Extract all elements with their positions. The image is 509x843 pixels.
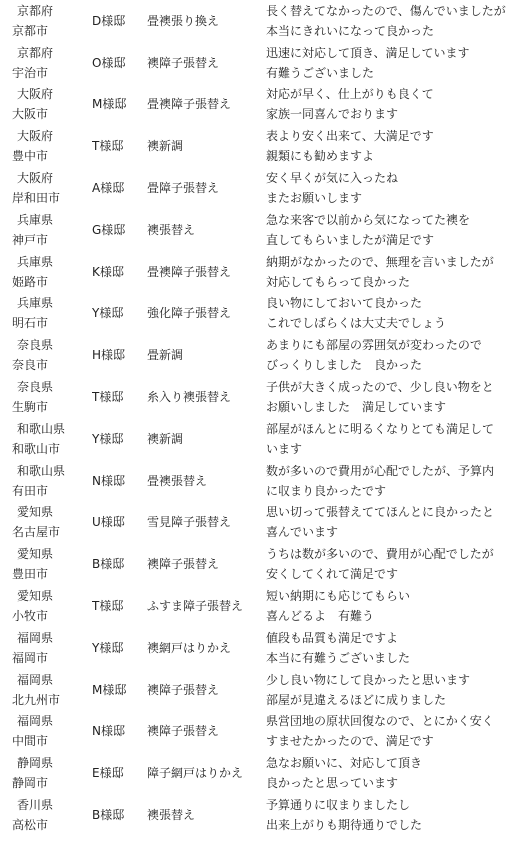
- comment-cell: 急なお願いに、対応して頂き 良かったと思っています: [262, 752, 509, 794]
- prefecture: 和歌山県: [12, 419, 92, 439]
- review-row: 大阪府 豊中市 T様邸 襖新調 表より安く出来て、大満足です 親類にも勧めますよ: [0, 125, 509, 167]
- prefecture: 香川県: [12, 795, 92, 815]
- work-type: 襖障子張替え: [147, 543, 262, 585]
- comment-cell: 数が多いので費用が心配でしたが、予算内 に収まり良かったです: [262, 460, 509, 502]
- location-cell: 福岡県 中間市: [0, 711, 92, 753]
- customer-name: N様邸: [92, 460, 147, 502]
- work-type: 襖張替え: [147, 209, 262, 251]
- city: 奈良市: [12, 355, 92, 375]
- location-cell: 香川県 高松市: [0, 794, 92, 836]
- work-type: 畳障子張替え: [147, 167, 262, 209]
- comment-cell: あまりにも部屋の雰囲気が変わったので びっくりしました 良かった: [262, 334, 509, 376]
- comment-line-1: 安く早くが気に入ったね: [266, 168, 509, 188]
- comment-cell: 思い切って張替えててほんとに良かったと 喜んでいます: [262, 502, 509, 544]
- work-type: 襖張替え: [147, 794, 262, 836]
- comment-line-2: お願いしました 満足しています: [266, 397, 509, 417]
- review-row: 京都府 宇治市 O様邸 襖障子張替え 迅速に対応して頂き、満足しています 有難う…: [0, 42, 509, 84]
- customer-name: Y様邸: [92, 418, 147, 460]
- comment-line-2: に収まり良かったです: [266, 481, 509, 501]
- customer-name: K様邸: [92, 251, 147, 293]
- comment-line-1: 短い納期にも応じてもらい: [266, 586, 509, 606]
- prefecture: 福岡県: [12, 628, 92, 648]
- prefecture: 大阪府: [12, 168, 92, 188]
- comment-line-1: 県営団地の原状回復なので、とにかく安く: [266, 711, 509, 731]
- review-row: 奈良県 生駒市 T様邸 糸入り襖張替え 子供が大きく成ったので、少し良い物をと …: [0, 376, 509, 418]
- prefecture: 福岡県: [12, 711, 92, 731]
- location-cell: 兵庫県 姫路市: [0, 251, 92, 293]
- city: 中間市: [12, 731, 92, 751]
- comment-line-2: 部屋が見違えるほどに成りました: [266, 690, 509, 710]
- comment-line-2: 有難うございました: [266, 63, 509, 83]
- prefecture: 兵庫県: [12, 252, 92, 272]
- customer-name: T様邸: [92, 376, 147, 418]
- customer-name: Y様邸: [92, 627, 147, 669]
- work-type: 畳襖張り換え: [147, 0, 262, 42]
- review-row: 兵庫県 姫路市 K様邸 畳襖障子張替え 納期がなかったので、無理を言いましたが …: [0, 251, 509, 293]
- review-row: 京都府 京都市 D様邸 畳襖張り換え 長く替えてなかったので、傷んでいましたが …: [0, 0, 509, 42]
- comment-cell: 急な来客で以前から気になってた襖を 直してもらいましたが満足です: [262, 209, 509, 251]
- prefecture: 京都府: [12, 43, 92, 63]
- location-cell: 愛知県 豊田市: [0, 543, 92, 585]
- location-cell: 大阪府 大阪市: [0, 84, 92, 126]
- comment-line-2: います: [266, 439, 509, 459]
- work-type: 襖新調: [147, 418, 262, 460]
- prefecture: 奈良県: [12, 377, 92, 397]
- review-row: 和歌山県 有田市 N様邸 畳襖張替え 数が多いので費用が心配でしたが、予算内 に…: [0, 460, 509, 502]
- location-cell: 福岡県 福岡市: [0, 627, 92, 669]
- location-cell: 和歌山県 有田市: [0, 460, 92, 502]
- comment-line-1: 急な来客で以前から気になってた襖を: [266, 210, 509, 230]
- customer-name: B様邸: [92, 543, 147, 585]
- comment-line-1: 表より安く出来て、大満足です: [266, 126, 509, 146]
- city: 岸和田市: [12, 188, 92, 208]
- comment-line-2: 本当に有難うございました: [266, 648, 509, 668]
- city: 小牧市: [12, 606, 92, 626]
- comment-line-1: 長く替えてなかったので、傷んでいましたが: [266, 1, 509, 21]
- city: 静岡市: [12, 773, 92, 793]
- comment-line-2: 対応してもらって良かった: [266, 272, 509, 292]
- customer-name: O様邸: [92, 42, 147, 84]
- location-cell: 大阪府 岸和田市: [0, 167, 92, 209]
- comment-line-2: 喜んどるよ 有難う: [266, 606, 509, 626]
- comment-line-2: 家族一同喜んでおります: [266, 104, 509, 124]
- prefecture: 兵庫県: [12, 210, 92, 230]
- city: 宇治市: [12, 63, 92, 83]
- work-type: 畳襖障子張替え: [147, 84, 262, 126]
- prefecture: 愛知県: [12, 502, 92, 522]
- work-type: 襖新調: [147, 125, 262, 167]
- comment-cell: 値段も品質も満足ですよ 本当に有難うございました: [262, 627, 509, 669]
- comment-line-2: これでしばらくは大丈夫でしょう: [266, 313, 509, 333]
- review-row: 奈良県 奈良市 H様邸 畳新調 あまりにも部屋の雰囲気が変わったので びっくりし…: [0, 334, 509, 376]
- comment-cell: 子供が大きく成ったので、少し良い物をと お願いしました 満足しています: [262, 376, 509, 418]
- comment-cell: 迅速に対応して頂き、満足しています 有難うございました: [262, 42, 509, 84]
- work-type: 障子網戸はりかえ: [147, 752, 262, 794]
- location-cell: 奈良県 奈良市: [0, 334, 92, 376]
- review-row: 静岡県 静岡市 E様邸 障子網戸はりかえ 急なお願いに、対応して頂き 良かったと…: [0, 752, 509, 794]
- comment-line-2: 直してもらいましたが満足です: [266, 230, 509, 250]
- comment-cell: うちは数が多いので、費用が心配でしたが 安くしてくれて満足です: [262, 543, 509, 585]
- review-row: 愛知県 小牧市 T様邸 ふすま障子張替え 短い納期にも応じてもらい 喜んどるよ …: [0, 585, 509, 627]
- location-cell: 愛知県 小牧市: [0, 585, 92, 627]
- review-row: 兵庫県 神戸市 G様邸 襖張替え 急な来客で以前から気になってた襖を 直してもら…: [0, 209, 509, 251]
- comment-line-2: 出来上がりも期待通りでした: [266, 815, 509, 835]
- comment-line-2: すませたかったので、満足です: [266, 731, 509, 751]
- city: 名古屋市: [12, 522, 92, 542]
- comment-cell: 予算通りに収まりましたし 出来上がりも期待通りでした: [262, 794, 509, 836]
- prefecture: 和歌山県: [12, 461, 92, 481]
- customer-name: B様邸: [92, 794, 147, 836]
- work-type: 雪見障子張替え: [147, 502, 262, 544]
- work-type: 畳襖障子張替え: [147, 251, 262, 293]
- review-row: 和歌山県 和歌山市 Y様邸 襖新調 部屋がほんとに明るくなりとても満足して いま…: [0, 418, 509, 460]
- work-type: 襖網戸はりかえ: [147, 627, 262, 669]
- review-row: 香川県 高松市 B様邸 襖張替え 予算通りに収まりましたし 出来上がりも期待通り…: [0, 794, 509, 836]
- review-row: 愛知県 名古屋市 U様邸 雪見障子張替え 思い切って張替えててほんとに良かったと…: [0, 502, 509, 544]
- comment-cell: 短い納期にも応じてもらい 喜んどるよ 有難う: [262, 585, 509, 627]
- comment-line-1: 思い切って張替えててほんとに良かったと: [266, 502, 509, 522]
- review-row: 福岡県 福岡市 Y様邸 襖網戸はりかえ 値段も品質も満足ですよ 本当に有難うござ…: [0, 627, 509, 669]
- comment-cell: 部屋がほんとに明るくなりとても満足して います: [262, 418, 509, 460]
- review-row: 大阪府 岸和田市 A様邸 畳障子張替え 安く早くが気に入ったね またお願いします: [0, 167, 509, 209]
- work-type: 強化障子張替え: [147, 293, 262, 335]
- prefecture: 奈良県: [12, 335, 92, 355]
- comment-cell: 県営団地の原状回復なので、とにかく安く すませたかったので、満足です: [262, 711, 509, 753]
- review-row: 兵庫県 明石市 Y様邸 強化障子張替え 良い物にしておいて良かった これでしばら…: [0, 293, 509, 335]
- comment-line-2: 本当にきれいになって良かった: [266, 21, 509, 41]
- review-row: 愛知県 豊田市 B様邸 襖障子張替え うちは数が多いので、費用が心配でしたが 安…: [0, 543, 509, 585]
- comment-line-2: 喜んでいます: [266, 522, 509, 542]
- work-type: 襖障子張替え: [147, 669, 262, 711]
- comment-line-1: 値段も品質も満足ですよ: [266, 628, 509, 648]
- location-cell: 兵庫県 神戸市: [0, 209, 92, 251]
- prefecture: 愛知県: [12, 586, 92, 606]
- comment-line-1: 数が多いので費用が心配でしたが、予算内: [266, 461, 509, 481]
- customer-name: T様邸: [92, 585, 147, 627]
- review-row: 福岡県 中間市 N様邸 襖障子張替え 県営団地の原状回復なので、とにかく安く す…: [0, 711, 509, 753]
- comment-cell: 少し良い物にして良かったと思います 部屋が見違えるほどに成りました: [262, 669, 509, 711]
- comment-line-2: びっくりしました 良かった: [266, 355, 509, 375]
- comment-line-2: 親類にも勧めますよ: [266, 146, 509, 166]
- comment-cell: 安く早くが気に入ったね またお願いします: [262, 167, 509, 209]
- location-cell: 和歌山県 和歌山市: [0, 418, 92, 460]
- location-cell: 福岡県 北九州市: [0, 669, 92, 711]
- prefecture: 愛知県: [12, 544, 92, 564]
- location-cell: 京都府 宇治市: [0, 42, 92, 84]
- comment-line-1: 良い物にしておいて良かった: [266, 293, 509, 313]
- prefecture: 静岡県: [12, 753, 92, 773]
- comment-line-2: またお願いします: [266, 188, 509, 208]
- comment-cell: 長く替えてなかったので、傷んでいましたが 本当にきれいになって良かった: [262, 0, 509, 42]
- customer-name: H様邸: [92, 334, 147, 376]
- customer-name: G様邸: [92, 209, 147, 251]
- review-row: 福岡県 北九州市 M様邸 襖障子張替え 少し良い物にして良かったと思います 部屋…: [0, 669, 509, 711]
- city: 有田市: [12, 481, 92, 501]
- comment-line-1: 急なお願いに、対応して頂き: [266, 753, 509, 773]
- city: 豊中市: [12, 146, 92, 166]
- work-type: 糸入り襖張替え: [147, 376, 262, 418]
- comment-line-1: 予算通りに収まりましたし: [266, 795, 509, 815]
- customer-name: E様邸: [92, 752, 147, 794]
- prefecture: 大阪府: [12, 126, 92, 146]
- comment-line-1: 部屋がほんとに明るくなりとても満足して: [266, 419, 509, 439]
- comment-line-1: 子供が大きく成ったので、少し良い物をと: [266, 377, 509, 397]
- reviews-body: 京都府 京都市 D様邸 畳襖張り換え 長く替えてなかったので、傷んでいましたが …: [0, 0, 509, 836]
- work-type: 襖障子張替え: [147, 711, 262, 753]
- customer-name: N様邸: [92, 711, 147, 753]
- city: 生駒市: [12, 397, 92, 417]
- review-row: 大阪府 大阪市 M様邸 畳襖障子張替え 対応が早く、仕上がりも良くて 家族一同喜…: [0, 84, 509, 126]
- location-cell: 京都府 京都市: [0, 0, 92, 42]
- city: 北九州市: [12, 690, 92, 710]
- comment-cell: 良い物にしておいて良かった これでしばらくは大丈夫でしょう: [262, 293, 509, 335]
- customer-name: U様邸: [92, 502, 147, 544]
- prefecture: 兵庫県: [12, 293, 92, 313]
- work-type: 襖障子張替え: [147, 42, 262, 84]
- prefecture: 京都府: [12, 1, 92, 21]
- prefecture: 福岡県: [12, 670, 92, 690]
- comment-line-1: あまりにも部屋の雰囲気が変わったので: [266, 335, 509, 355]
- location-cell: 愛知県 名古屋市: [0, 502, 92, 544]
- work-type: ふすま障子張替え: [147, 585, 262, 627]
- location-cell: 兵庫県 明石市: [0, 293, 92, 335]
- comment-line-1: 少し良い物にして良かったと思います: [266, 670, 509, 690]
- customer-name: M様邸: [92, 669, 147, 711]
- comment-line-2: 良かったと思っています: [266, 773, 509, 793]
- city: 姫路市: [12, 272, 92, 292]
- comment-line-2: 安くしてくれて満足です: [266, 564, 509, 584]
- comment-line-1: うちは数が多いので、費用が心配でしたが: [266, 544, 509, 564]
- comment-cell: 表より安く出来て、大満足です 親類にも勧めますよ: [262, 125, 509, 167]
- city: 和歌山市: [12, 439, 92, 459]
- customer-reviews-table: 京都府 京都市 D様邸 畳襖張り換え 長く替えてなかったので、傷んでいましたが …: [0, 0, 509, 836]
- city: 福岡市: [12, 648, 92, 668]
- city: 高松市: [12, 815, 92, 835]
- city: 大阪市: [12, 104, 92, 124]
- customer-name: T様邸: [92, 125, 147, 167]
- work-type: 畳新調: [147, 334, 262, 376]
- comment-cell: 納期がなかったので、無理を言いましたが 対応してもらって良かった: [262, 251, 509, 293]
- location-cell: 静岡県 静岡市: [0, 752, 92, 794]
- comment-line-1: 迅速に対応して頂き、満足しています: [266, 43, 509, 63]
- city: 京都市: [12, 21, 92, 41]
- city: 神戸市: [12, 230, 92, 250]
- location-cell: 奈良県 生駒市: [0, 376, 92, 418]
- prefecture: 大阪府: [12, 84, 92, 104]
- city: 明石市: [12, 313, 92, 333]
- comment-line-1: 納期がなかったので、無理を言いましたが: [266, 252, 509, 272]
- customer-name: M様邸: [92, 84, 147, 126]
- customer-name: A様邸: [92, 167, 147, 209]
- city: 豊田市: [12, 564, 92, 584]
- work-type: 畳襖張替え: [147, 460, 262, 502]
- comment-line-1: 対応が早く、仕上がりも良くて: [266, 84, 509, 104]
- customer-name: Y様邸: [92, 293, 147, 335]
- comment-cell: 対応が早く、仕上がりも良くて 家族一同喜んでおります: [262, 84, 509, 126]
- location-cell: 大阪府 豊中市: [0, 125, 92, 167]
- customer-name: D様邸: [92, 0, 147, 42]
